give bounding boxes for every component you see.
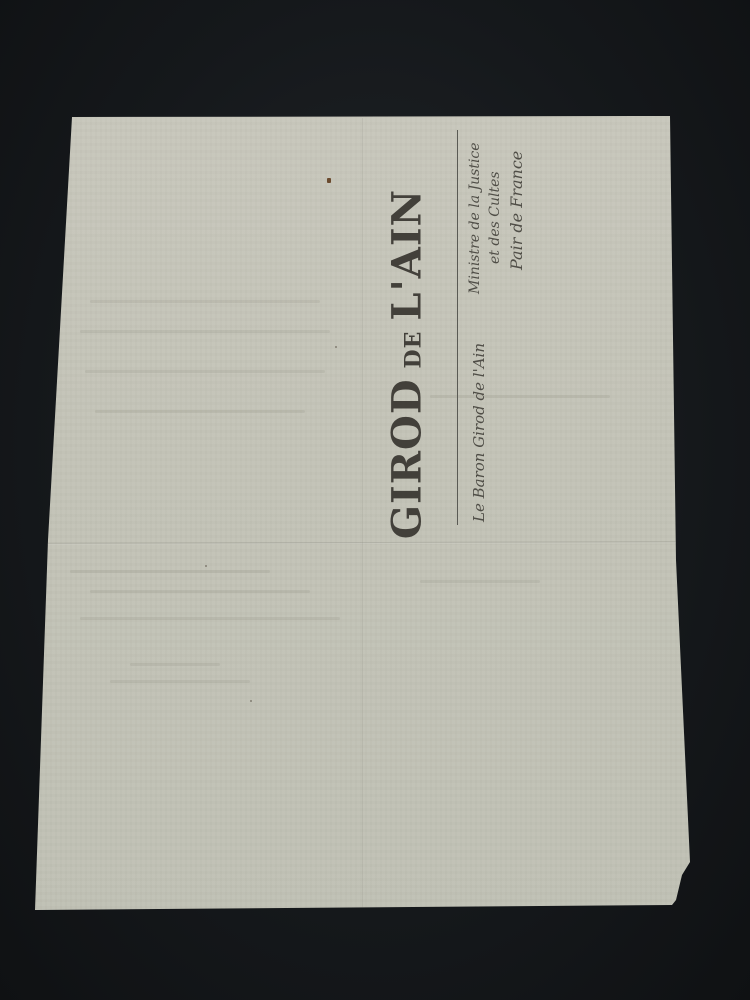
paper-sheet: GIRODDEL'AIN Le Baron Girod de l'Ain Min… [0, 0, 750, 1000]
show-through-text-line [80, 617, 340, 620]
show-through-text-line [130, 663, 220, 666]
stencil-particle: DE [401, 331, 427, 369]
horizontal-fold-crease [45, 541, 685, 545]
paper-speck [335, 346, 337, 348]
show-through-text-line [70, 570, 270, 573]
vertical-ruled-line [457, 130, 458, 525]
show-through-text-line [90, 590, 310, 593]
vertical-fold-crease [362, 118, 363, 908]
handwritten-line: Ministre de la Justice [467, 142, 483, 294]
show-through-text-line [80, 330, 330, 333]
paper-speck [250, 700, 252, 702]
stencil-name: GIROD [384, 378, 431, 539]
handwritten-line: Le Baron Girod de l'Ain [470, 343, 488, 522]
show-through-text-line [420, 580, 540, 583]
handwritten-line: et des Cultes [487, 171, 503, 264]
ink-spot [327, 178, 331, 183]
show-through-text-line [90, 300, 320, 303]
show-through-text-line [95, 410, 305, 413]
handwritten-line: Pair de France [507, 151, 526, 270]
paper-speck [205, 565, 207, 567]
stencil-place: L'AIN [384, 189, 431, 321]
show-through-text-line [85, 370, 325, 373]
stencil-title: GIRODDEL'AIN [384, 189, 431, 539]
show-through-text-line [110, 680, 250, 683]
